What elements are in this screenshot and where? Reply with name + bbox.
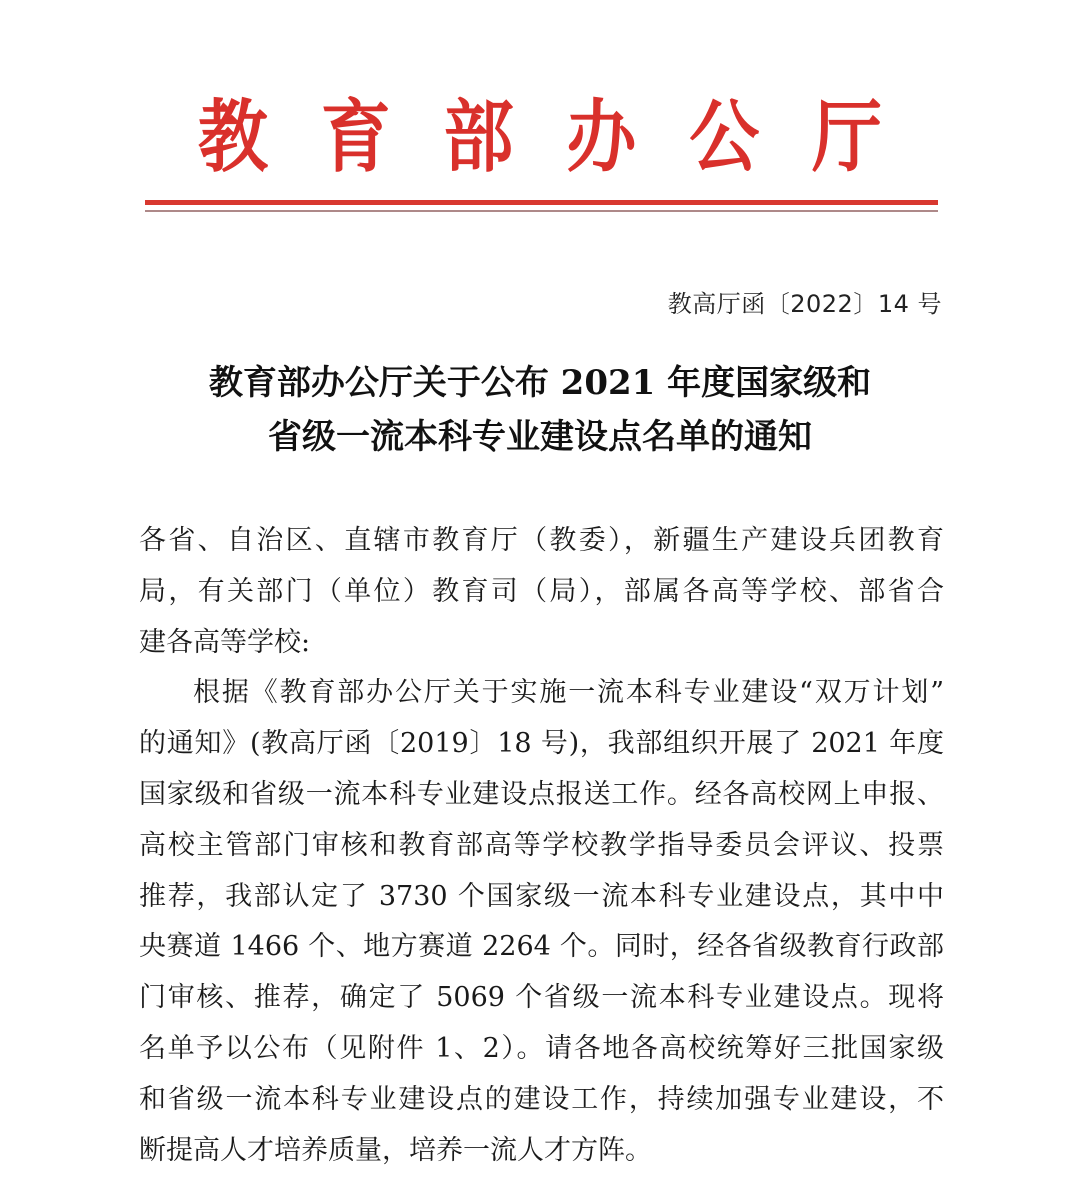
paragraph-line: 高校主管部门审核和教育部高等学校教学指导委员会评议、投票 <box>139 821 944 872</box>
letterhead-char: 办 <box>566 98 636 176</box>
salutation-line: 局，有关部门（单位）教育司（局），部属各高等学校、部省合 <box>139 567 944 618</box>
letterhead-char: 部 <box>444 98 514 176</box>
paragraph-line: 名单予以公布（见附件 1、2）。请各地各高校统筹好三批国家级 <box>139 1024 944 1075</box>
main-paragraph: 根据《教育部办公厅关于实施一流本科专业建设“双万计划” 的通知》(教高厅函〔20… <box>139 668 944 1176</box>
letterhead-char: 教 <box>198 98 268 176</box>
title-line-1: 教育部办公厅关于公布 2021 年度国家级和 <box>0 356 1080 410</box>
paragraph-line: 央赛道 1466 个、地方赛道 2264 个。同时，经各省级教育行政部 <box>139 922 944 973</box>
salutation-line: 各省、自治区、直辖市教育厅（教委），新疆生产建设兵团教育 <box>139 516 944 567</box>
paragraph-line: 和省级一流本科专业建设点的建设工作，持续加强专业建设，不 <box>139 1075 944 1126</box>
document-number: 教高厅函〔2022〕14 号 <box>668 284 942 319</box>
paragraph-line: 国家级和省级一流本科专业建设点报送工作。经各高校网上申报、 <box>139 770 944 821</box>
paragraph-line: 断提高人才培养质量，培养一流人才方阵。 <box>139 1126 944 1177</box>
letterhead-char: 育 <box>321 98 391 176</box>
salutation: 各省、自治区、直辖市教育厅（教委），新疆生产建设兵团教育 局，有关部门（单位）教… <box>139 516 944 668</box>
paragraph-line: 推荐，我部认定了 3730 个国家级一流本科专业建设点，其中中 <box>139 872 944 923</box>
title-line-2: 省级一流本科专业建设点名单的通知 <box>0 410 1080 464</box>
letterhead: 教 育 部 办 公 厅 <box>140 92 940 182</box>
letterhead-thin-rule <box>145 210 938 212</box>
letterhead-char: 公 <box>689 98 759 176</box>
salutation-line: 建各高等学校: <box>139 618 944 669</box>
paragraph-line: 根据《教育部办公厅关于实施一流本科专业建设“双万计划” <box>139 668 944 719</box>
paragraph-line: 的通知》(教高厅函〔2019〕18 号)，我部组织开展了 2021 年度 <box>139 719 944 770</box>
letterhead-char: 厅 <box>812 98 882 176</box>
letterhead-red-rule <box>145 200 938 205</box>
document-title: 教育部办公厅关于公布 2021 年度国家级和 省级一流本科专业建设点名单的通知 <box>0 356 1080 464</box>
document-body: 各省、自治区、直辖市教育厅（教委），新疆生产建设兵团教育 局，有关部门（单位）教… <box>139 516 944 1176</box>
paragraph-line: 门审核、推荐，确定了 5069 个省级一流本科专业建设点。现将 <box>139 973 944 1024</box>
